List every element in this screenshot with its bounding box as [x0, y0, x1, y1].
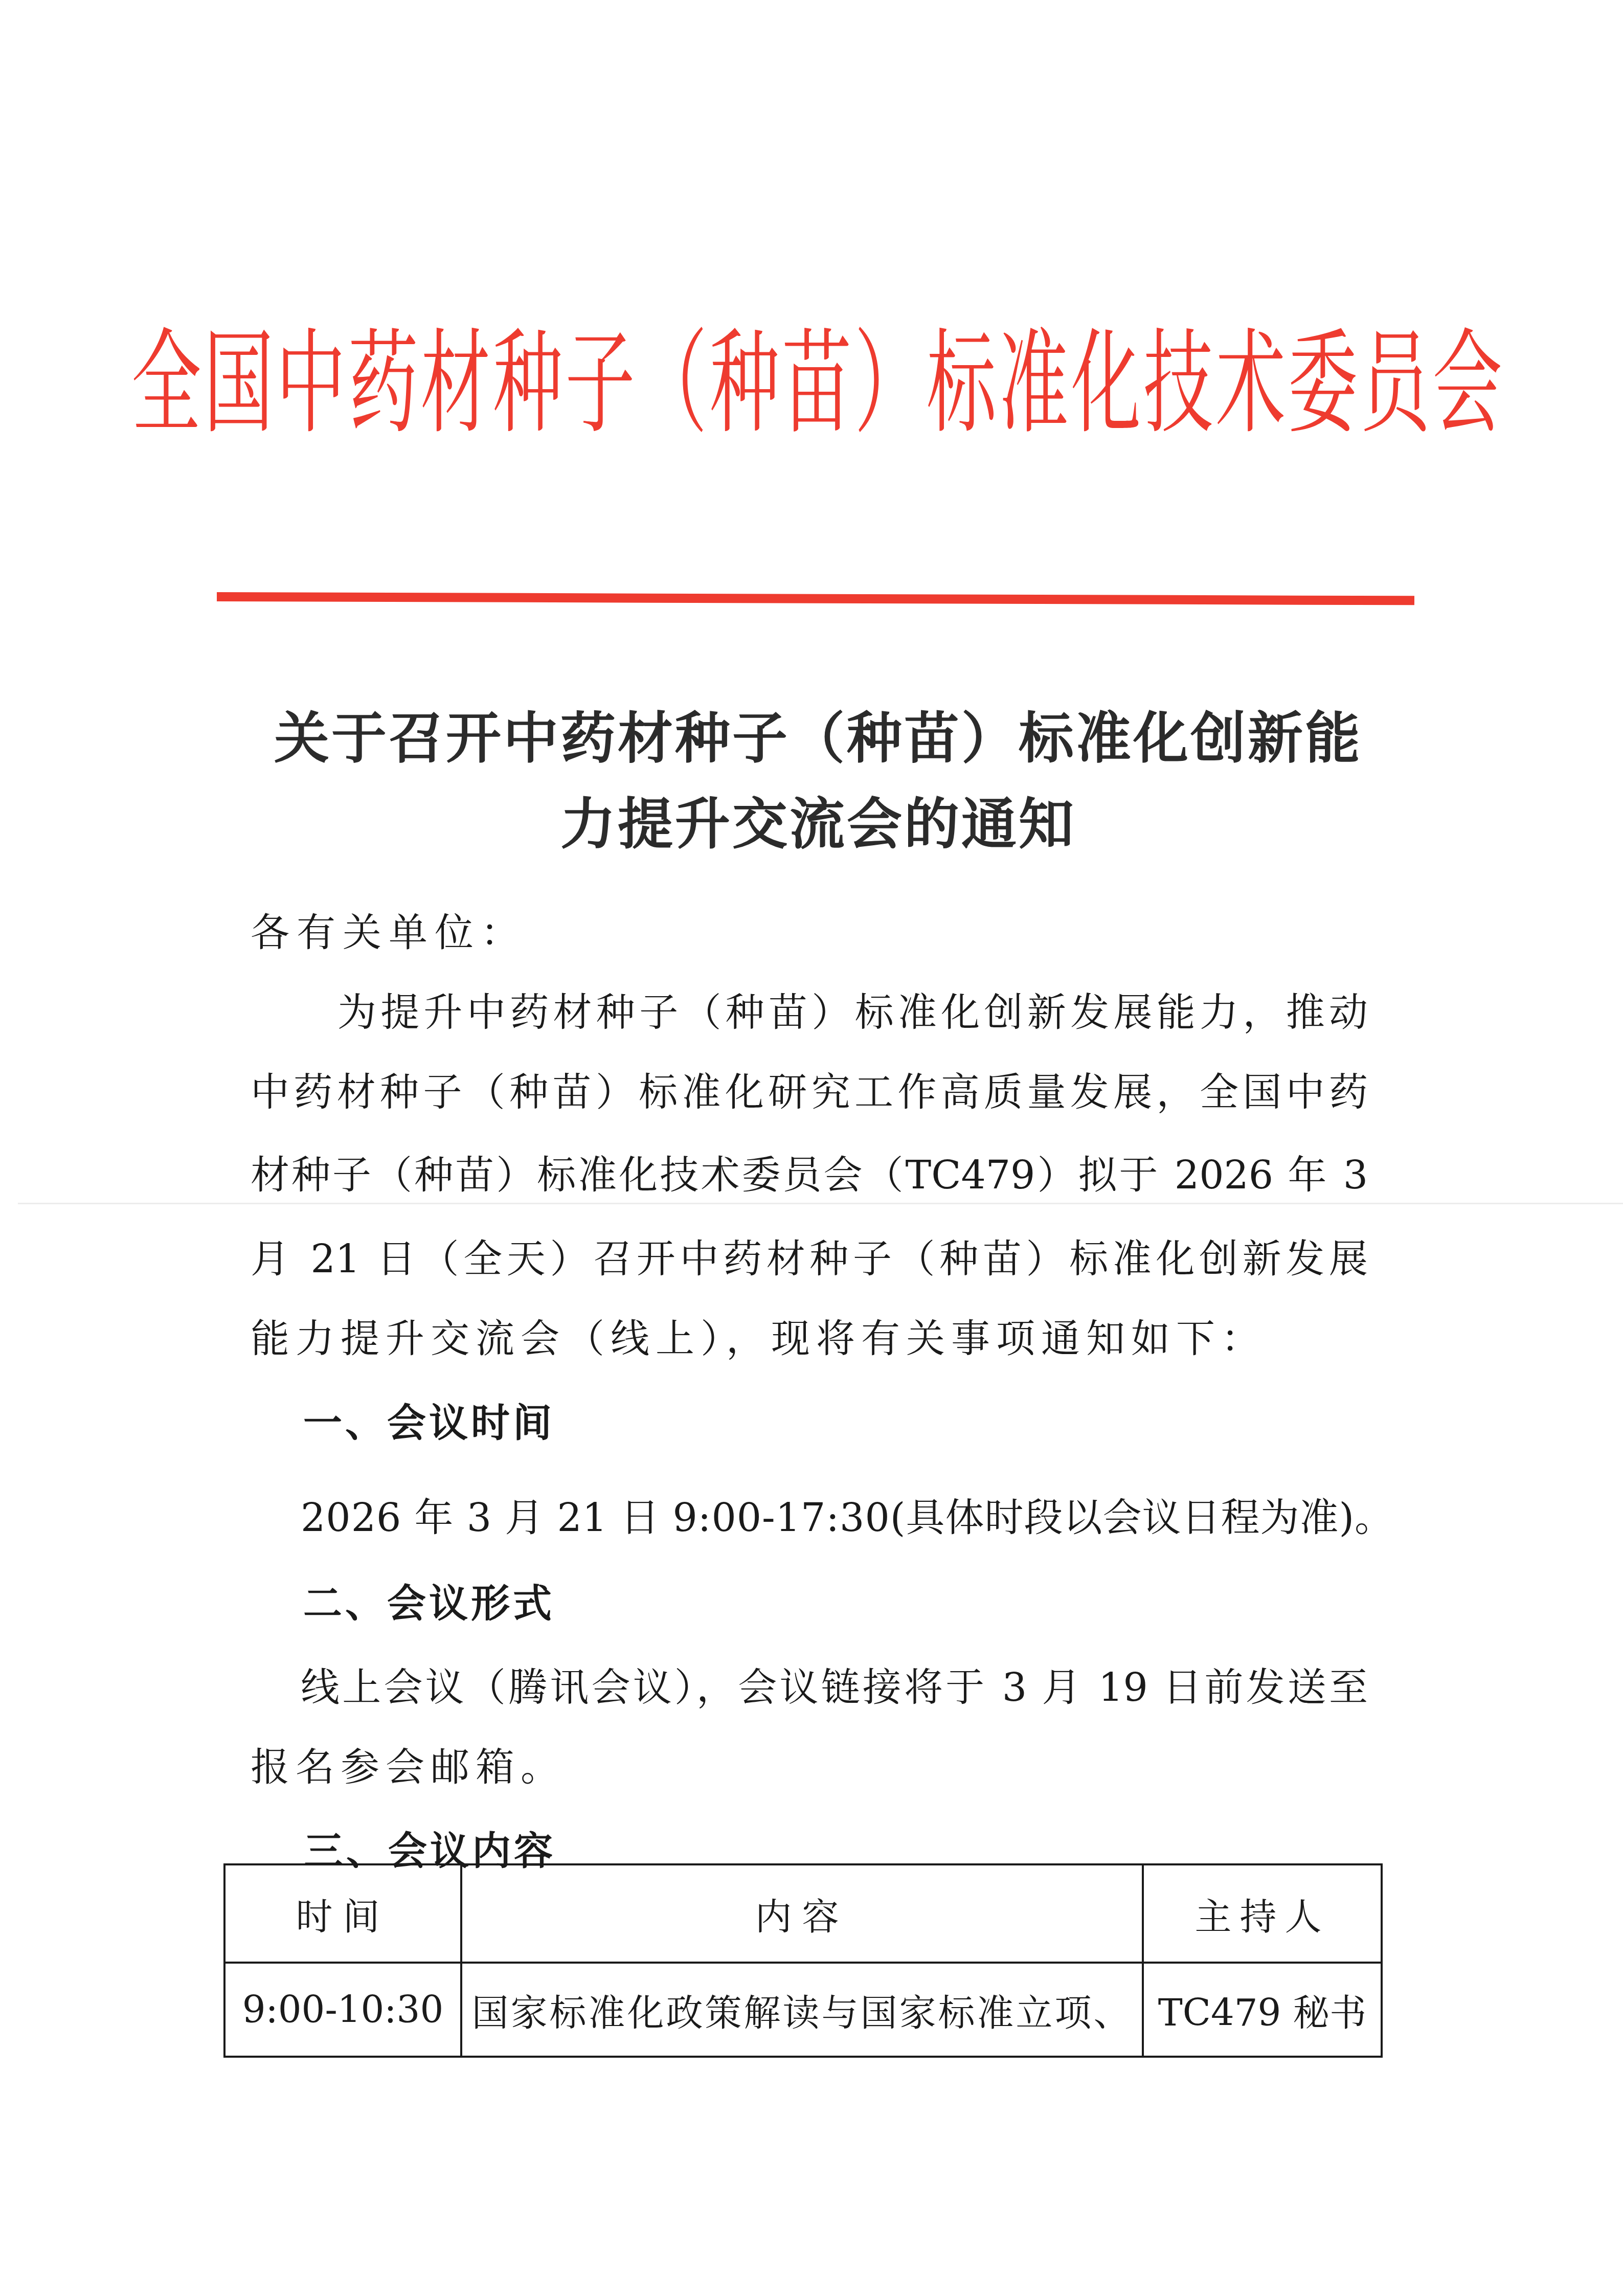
- meeting-format-line: 报名参会邮箱。: [251, 1748, 566, 1787]
- header-content: 内容: [461, 1864, 1143, 1963]
- intro-line: 月 21 日（全天）召开中药材种子（种苗）标准化创新发展: [251, 1240, 1368, 1278]
- agenda-table: 时间 内容 主持人 9:00-10:30 国家标准化政策解读与国家标准立项、 T…: [223, 1863, 1383, 2058]
- agenda-header-row: 时间 内容 主持人: [224, 1864, 1382, 1963]
- header-host: 主持人: [1143, 1864, 1382, 1963]
- cell-time-text: 9:00-10:30: [242, 1988, 444, 2031]
- header-host-label: 主持人: [1194, 1895, 1329, 1938]
- section-heading-meeting-format: 二、会议形式: [303, 1584, 555, 1623]
- salutation: 各有关单位：: [251, 913, 527, 952]
- table-row: 9:00-10:30 国家标准化政策解读与国家标准立项、 TC479 秘书: [224, 1963, 1382, 2057]
- header-time: 时间: [224, 1864, 461, 1963]
- cell-time: 9:00-10:30: [224, 1963, 461, 2057]
- cell-host: TC479 秘书: [1143, 1963, 1382, 2057]
- document-title-line-2: 力提升交流会的通知: [240, 797, 1396, 852]
- document-title-line-1: 关于召开中药材种子（种苗）标准化创新能: [240, 711, 1396, 766]
- meeting-format-line: 线上会议（腾讯会议），会议链接将于 3 月 19 日前发送至: [301, 1668, 1368, 1707]
- cell-content-text: 国家标准化政策解读与国家标准立项、: [471, 1991, 1132, 2034]
- cell-host-text: TC479 秘书: [1158, 1991, 1366, 2034]
- letterhead-org-name: 全国中药材种子（种苗）标准化技术委员会: [131, 327, 1505, 440]
- intro-line: 为提升中药材种子（种苗）标准化创新发展能力，推动: [337, 993, 1368, 1032]
- cell-content: 国家标准化政策解读与国家标准立项、: [461, 1963, 1143, 2057]
- section-heading-meeting-time: 一、会议时间: [303, 1404, 555, 1443]
- header-time-label: 时间: [296, 1895, 390, 1938]
- intro-line: 材种子（种苗）标准化技术委员会（TC479）拟于 2026 年 3: [251, 1156, 1368, 1195]
- letterhead: 全国中药材种子（种苗）标准化技术委员会: [220, 307, 1416, 460]
- intro-line: 能力提升交流会（线上），现将有关事项通知如下：: [251, 1319, 1266, 1358]
- intro-line: 中药材种子（种苗）标准化研究工作高质量发展，全国中药: [251, 1073, 1368, 1112]
- scan-artifact-line: [18, 1203, 1623, 1204]
- letterhead-red-rule: [217, 592, 1414, 605]
- header-content-label: 内容: [755, 1895, 849, 1938]
- meeting-time-text: 2026 年 3 月 21 日 9:00-17:30(具体时段以会议日程为准)。: [301, 1498, 1394, 1537]
